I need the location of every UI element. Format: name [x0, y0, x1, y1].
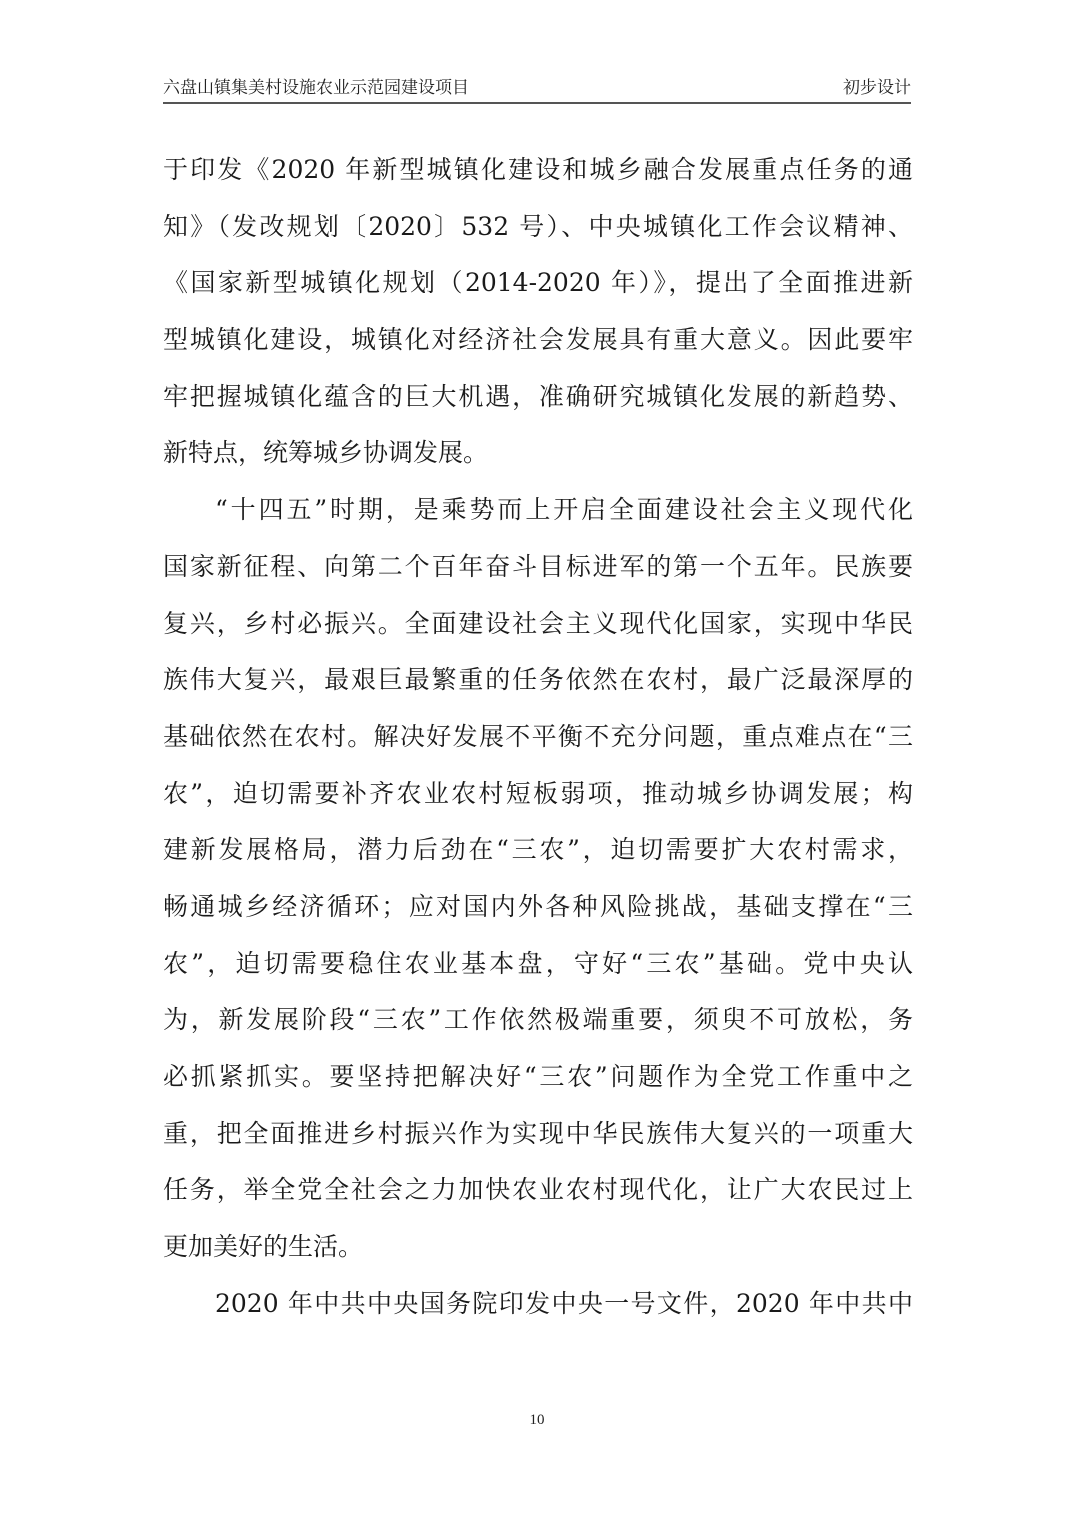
text-line: 国家新征程、向第二个百年奋斗目标进军的第一个五年。民族要	[163, 539, 913, 596]
paragraph: 2020 年中共中央国务院印发中央一号文件，2020 年中共中	[163, 1276, 913, 1333]
text-line: 知》（发改规划〔2020〕532 号）、中央城镇化工作会议精神、	[163, 199, 913, 256]
text-line: 重，把全面推进乡村振兴作为实现中华民族伟大复兴的一项重大	[163, 1106, 913, 1163]
text-line: 必抓紧抓实。要坚持把解决好“三农”问题作为全党工作重中之	[163, 1049, 913, 1106]
document-title: 六盘山镇集美村设施农业示范园建设项目	[163, 73, 469, 98]
document-body: 于印发《2020 年新型城镇化建设和城乡融合发展重点任务的通 知》（发改规划〔2…	[163, 142, 913, 1332]
document-section: 初步设计	[843, 73, 911, 98]
text-line: 族伟大复兴，最艰巨最繁重的任务依然在农村，最广泛最深厚的	[163, 652, 913, 709]
text-line: 2020 年中共中央国务院印发中央一号文件，2020 年中共中	[163, 1276, 913, 1333]
text-line: 任务，举全党全社会之力加快农业农村现代化，让广大农民过上	[163, 1162, 913, 1219]
text-line: 农”，迫切需要稳住农业基本盘，守好“三农”基础。党中央认	[163, 936, 913, 993]
paragraph: 于印发《2020 年新型城镇化建设和城乡融合发展重点任务的通 知》（发改规划〔2…	[163, 142, 913, 482]
text-line: 型城镇化建设，城镇化对经济社会发展具有重大意义。因此要牢	[163, 312, 913, 369]
text-line: 牢把握城镇化蕴含的巨大机遇，准确研究城镇化发展的新趋势、	[163, 369, 913, 426]
text-line: 新特点，统筹城乡协调发展。	[163, 425, 913, 482]
text-line: 于印发《2020 年新型城镇化建设和城乡融合发展重点任务的通	[163, 142, 913, 199]
page-header: 六盘山镇集美村设施农业示范园建设项目 初步设计	[163, 74, 911, 104]
text-line: “十四五”时期，是乘势而上开启全面建设社会主义现代化	[163, 482, 913, 539]
text-line: 复兴，乡村必振兴。全面建设社会主义现代化国家，实现中华民	[163, 596, 913, 653]
text-line: 农”，迫切需要补齐农业农村短板弱项，推动城乡协调发展；构	[163, 766, 913, 823]
text-line: 建新发展格局，潜力后劲在“三农”，迫切需要扩大农村需求，	[163, 822, 913, 879]
text-line: 更加美好的生活。	[163, 1219, 913, 1276]
text-line: 《国家新型城镇化规划（2014-2020 年）》，提出了全面推进新	[163, 255, 913, 312]
text-line: 畅通城乡经济循环；应对国内外各种风险挑战，基础支撑在“三	[163, 879, 913, 936]
text-line: 基础依然在农村。解决好发展不平衡不充分问题，重点难点在“三	[163, 709, 913, 766]
text-line: 为，新发展阶段“三农”工作依然极端重要，须臾不可放松，务	[163, 992, 913, 1049]
page-number: 10	[0, 1412, 1074, 1429]
paragraph: “十四五”时期，是乘势而上开启全面建设社会主义现代化 国家新征程、向第二个百年奋…	[163, 482, 913, 1276]
